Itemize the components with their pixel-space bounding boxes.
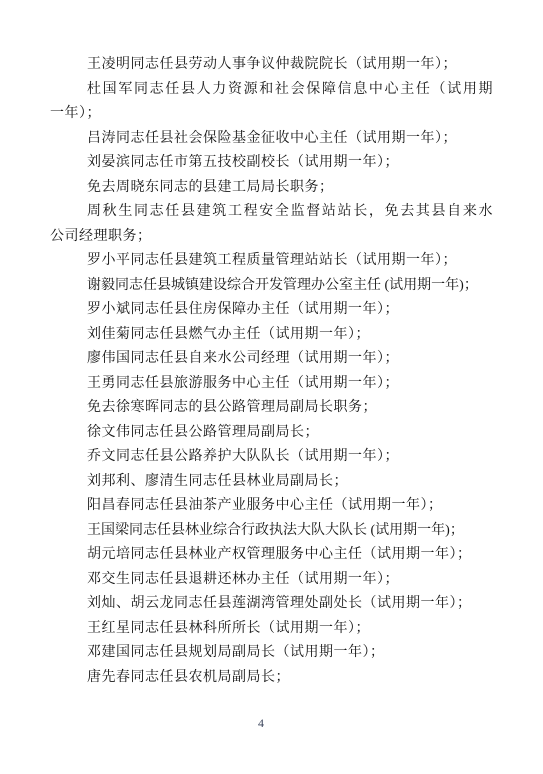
text-line: 王勇同志任县旅游服务中心主任（试用期一年）； — [50, 372, 493, 397]
text-line: 罗小斌同志任县住房保障办主任（试用期一年）； — [50, 298, 493, 323]
text-line: 周秋生同志任县建筑工程安全监督站站长，免去其县自来水 — [50, 200, 493, 225]
text-line: 谢毅同志任县城镇建设综合开发管理办公室主任 (试用期一年)； — [50, 274, 493, 299]
text-line: 刘晏滨同志任市第五技校副校长（试用期一年）； — [50, 151, 493, 176]
text-line: 罗小平同志任县建筑工程质量管理站站长（试用期一年）； — [50, 249, 493, 274]
text-line: 唐先春同志任县农机局副局长； — [50, 666, 493, 691]
document-page: 王凌明同志任县劳动人事争议仲裁院院长（试用期一年）；杜国军同志任县人力资源和社会… — [0, 0, 543, 774]
text-line: 一年）； — [50, 102, 493, 127]
text-line: 刘邦利、廖清生同志任县林业局副局长； — [50, 470, 493, 495]
text-line: 廖伟国同志任县自来水公司经理（试用期一年）； — [50, 347, 493, 372]
text-line: 吕涛同志任县社会保险基金征收中心主任（试用期一年）； — [50, 127, 493, 152]
text-line: 公司经理职务； — [50, 225, 493, 250]
text-line: 免去周晓东同志的县建工局局长职务； — [50, 176, 493, 201]
document-body: 王凌明同志任县劳动人事争议仲裁院院长（试用期一年）；杜国军同志任县人力资源和社会… — [50, 53, 493, 690]
text-line: 刘灿、胡云龙同志任县莲湖湾管理处副处长（试用期一年）； — [50, 592, 493, 617]
text-line: 王国梁同志任县林业综合行政执法大队大队长 (试用期一年)； — [50, 519, 493, 544]
text-line: 王凌明同志任县劳动人事争议仲裁院院长（试用期一年）； — [50, 53, 493, 78]
text-line: 胡元培同志任县林业产权管理服务中心主任（试用期一年）； — [50, 543, 493, 568]
page-number: 4 — [0, 716, 522, 730]
text-line: 阳昌春同志任县油茶产业服务中心主任（试用期一年）； — [50, 494, 493, 519]
text-line: 邓建国同志任县规划局副局长（试用期一年）； — [50, 641, 493, 666]
text-line: 王红星同志任县林科所所长（试用期一年）； — [50, 617, 493, 642]
text-line: 刘佳菊同志任县燃气办主任（试用期一年）； — [50, 323, 493, 348]
text-line: 杜国军同志任县人力资源和社会保障信息中心主任（试用期 — [50, 78, 493, 103]
text-line: 乔文同志任县公路养护大队队长（试用期一年）； — [50, 445, 493, 470]
text-line: 邓交生同志任县退耕还林办主任（试用期一年）； — [50, 568, 493, 593]
text-line: 徐文伟同志任县公路管理局副局长； — [50, 421, 493, 446]
text-line: 免去徐寒晖同志的县公路管理局副局长职务； — [50, 396, 493, 421]
